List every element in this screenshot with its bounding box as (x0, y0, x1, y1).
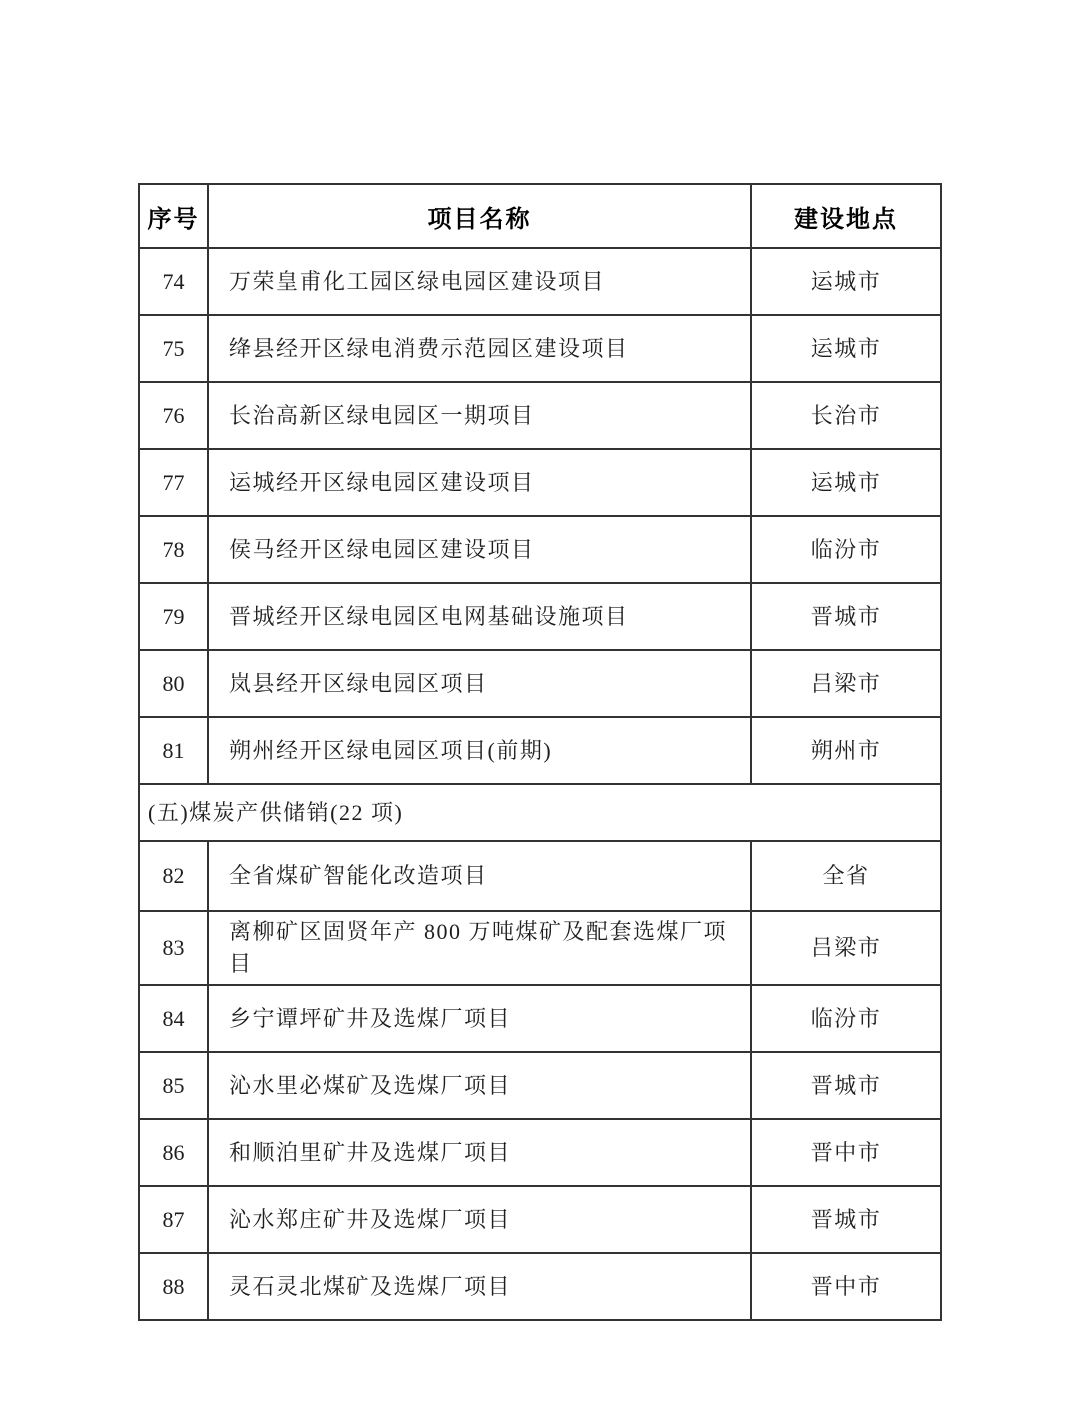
row-location: 晋城市 (751, 583, 941, 650)
projects-table: 序号 项目名称 建设地点 74 万荣皇甫化工园区绿电园区建设项目 运城市 75 … (138, 183, 942, 1321)
row-project-name: 离柳矿区固贤年产 800 万吨煤矿及配套选煤厂项目 (208, 911, 751, 985)
row-serial: 88 (139, 1253, 208, 1320)
row-serial: 75 (139, 315, 208, 382)
table-row: 85 沁水里必煤矿及选煤厂项目 晋城市 (139, 1052, 941, 1119)
table-row: 84 乡宁谭坪矿井及选煤厂项目 临汾市 (139, 985, 941, 1052)
row-serial: 84 (139, 985, 208, 1052)
row-project-name: 万荣皇甫化工园区绿电园区建设项目 (208, 248, 751, 315)
row-serial: 81 (139, 717, 208, 784)
header-project-name: 项目名称 (208, 184, 751, 248)
table-row: 86 和顺泊里矿井及选煤厂项目 晋中市 (139, 1119, 941, 1186)
row-location: 晋中市 (751, 1253, 941, 1320)
row-project-name: 和顺泊里矿井及选煤厂项目 (208, 1119, 751, 1186)
table-row: 78 侯马经开区绿电园区建设项目 临汾市 (139, 516, 941, 583)
row-serial: 77 (139, 449, 208, 516)
row-location: 长治市 (751, 382, 941, 449)
row-serial: 80 (139, 650, 208, 717)
row-project-name: 长治高新区绿电园区一期项目 (208, 382, 751, 449)
row-location: 运城市 (751, 248, 941, 315)
row-project-name: 朔州经开区绿电园区项目(前期) (208, 717, 751, 784)
row-location: 运城市 (751, 449, 941, 516)
row-project-name: 绛县经开区绿电消费示范园区建设项目 (208, 315, 751, 382)
row-location: 临汾市 (751, 516, 941, 583)
table-row: 79 晋城经开区绿电园区电网基础设施项目 晋城市 (139, 583, 941, 650)
table-row: 74 万荣皇甫化工园区绿电园区建设项目 运城市 (139, 248, 941, 315)
table-row: 88 灵石灵北煤矿及选煤厂项目 晋中市 (139, 1253, 941, 1320)
header-construction-location: 建设地点 (751, 184, 941, 248)
row-location: 晋城市 (751, 1052, 941, 1119)
row-serial: 74 (139, 248, 208, 315)
row-project-name: 侯马经开区绿电园区建设项目 (208, 516, 751, 583)
row-location: 晋中市 (751, 1119, 941, 1186)
row-location: 吕梁市 (751, 911, 941, 985)
row-project-name: 乡宁谭坪矿井及选煤厂项目 (208, 985, 751, 1052)
table-row: 83 离柳矿区固贤年产 800 万吨煤矿及配套选煤厂项目 吕梁市 (139, 911, 941, 985)
row-serial: 83 (139, 911, 208, 985)
row-project-name: 全省煤矿智能化改造项目 (208, 841, 751, 911)
row-serial: 87 (139, 1186, 208, 1253)
table-row: 87 沁水郑庄矿井及选煤厂项目 晋城市 (139, 1186, 941, 1253)
table-row: 76 长治高新区绿电园区一期项目 长治市 (139, 382, 941, 449)
row-location: 朔州市 (751, 717, 941, 784)
row-serial: 85 (139, 1052, 208, 1119)
table-row: 82 全省煤矿智能化改造项目 全省 (139, 841, 941, 911)
row-serial: 78 (139, 516, 208, 583)
row-project-name: 沁水郑庄矿井及选煤厂项目 (208, 1186, 751, 1253)
row-location: 运城市 (751, 315, 941, 382)
header-serial-number: 序号 (139, 184, 208, 248)
row-location: 吕梁市 (751, 650, 941, 717)
row-project-name: 灵石灵北煤矿及选煤厂项目 (208, 1253, 751, 1320)
row-project-name: 沁水里必煤矿及选煤厂项目 (208, 1052, 751, 1119)
row-serial: 79 (139, 583, 208, 650)
row-serial: 76 (139, 382, 208, 449)
row-project-name: 晋城经开区绿电园区电网基础设施项目 (208, 583, 751, 650)
section-header-row: (五)煤炭产供储销(22 项) (139, 784, 941, 841)
table-row: 77 运城经开区绿电园区建设项目 运城市 (139, 449, 941, 516)
table-row: 75 绛县经开区绿电消费示范园区建设项目 运城市 (139, 315, 941, 382)
row-location: 晋城市 (751, 1186, 941, 1253)
row-serial: 86 (139, 1119, 208, 1186)
document-page: 序号 项目名称 建设地点 74 万荣皇甫化工园区绿电园区建设项目 运城市 75 … (0, 0, 1080, 1401)
table-row: 81 朔州经开区绿电园区项目(前期) 朔州市 (139, 717, 941, 784)
table-row: 80 岚县经开区绿电园区项目 吕梁市 (139, 650, 941, 717)
row-project-name: 岚县经开区绿电园区项目 (208, 650, 751, 717)
table-header-row: 序号 项目名称 建设地点 (139, 184, 941, 248)
row-serial: 82 (139, 841, 208, 911)
row-location: 全省 (751, 841, 941, 911)
section-header-label: (五)煤炭产供储销(22 项) (139, 784, 941, 841)
row-project-name: 运城经开区绿电园区建设项目 (208, 449, 751, 516)
row-location: 临汾市 (751, 985, 941, 1052)
